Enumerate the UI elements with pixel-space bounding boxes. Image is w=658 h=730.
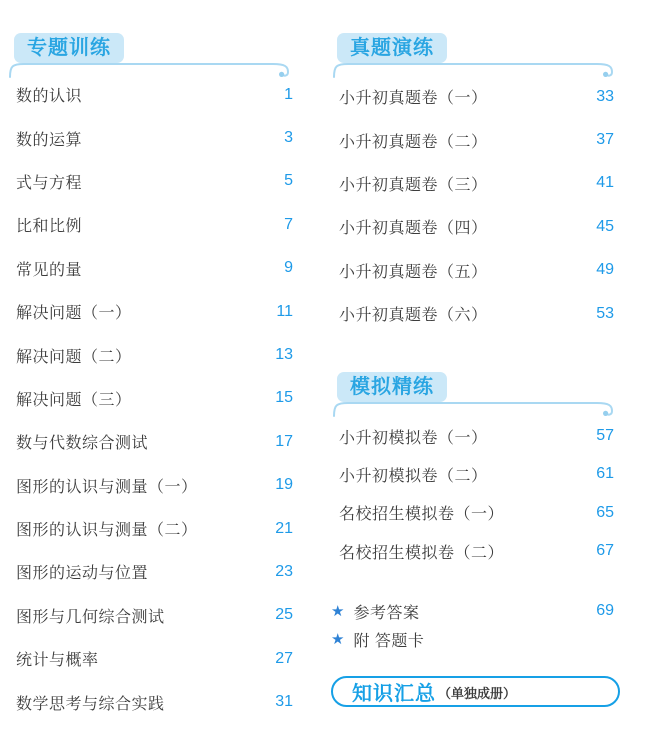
toc-entry: 比和比例 7 [14,203,293,246]
toc-entry-label: 小升初真题卷（四） [337,215,488,238]
toc-entry-page: 31 [275,693,293,711]
section-topic-training: 专题训练 数的认识 1 数的运算 3 式与方程 5 [14,33,293,724]
toc-entry: 名校招生模拟卷（一） 65 [337,494,614,532]
toc-entry-label: 图形与几何综合测试 [14,604,165,627]
toc-entry: 数学思考与综合实践 31 [14,680,293,723]
toc-entry: 小升初真题卷（三） 41 [337,162,614,205]
section-tab-topic-training: 专题训练 [14,33,124,63]
toc-entry: 小升初真题卷（六） 53 [337,292,614,335]
starred-entry-label: 参考答案 [353,600,419,623]
toc-entry-label: 小升初真题卷（一） [337,85,488,108]
toc-list-mock-practice: 小升初模拟卷（一） 57 小升初模拟卷（二） 61 名校招生模拟卷（一） 65 … [337,417,614,570]
toc-entry-label: 数与代数综合测试 [14,430,148,453]
toc-entry-label: 图形的认识与测量（二） [14,517,198,540]
toc-entry: 图形的运动与位置 23 [14,550,293,593]
section-mock-practice: 模拟精练 小升初模拟卷（一） 57 小升初模拟卷（二） 61 名校招生模拟卷（一… [337,372,614,570]
toc-entry-label: 比和比例 [14,213,82,236]
toc-entry-page: 45 [596,218,614,236]
starred-entry-label: 附 答题卡 [353,628,424,651]
toc-entry-page: 67 [596,542,614,560]
toc-entry-page: 17 [275,433,293,451]
toc-entry-page: 57 [596,427,614,445]
toc-entry-label: 统计与概率 [14,647,99,670]
toc-entry-page: 7 [284,216,293,234]
starred-entry-page: 69 [596,602,614,620]
toc-entry-label: 解决问题（三） [14,387,132,410]
toc-entry: 图形的认识与测量（二） 21 [14,507,293,550]
toc-entry-page: 9 [284,259,293,277]
toc-entry: 小升初真题卷（五） 49 [337,249,614,292]
toc-list-topic-training: 数的认识 1 数的运算 3 式与方程 5 比和比例 7 [14,73,293,724]
toc-entry: 小升初真题卷（四） 45 [337,205,614,248]
toc-entry: 解决问题（一） 11 [14,290,293,333]
toc-entry: 统计与概率 27 [14,637,293,680]
toc-entry-label: 小升初真题卷（三） [337,172,488,195]
toc-entry-page: 27 [275,650,293,668]
toc-entry-page: 11 [276,303,293,321]
toc-entry-page: 25 [275,606,293,624]
toc-entry-page: 41 [596,174,614,192]
toc-entry-label: 小升初模拟卷（二） [337,463,488,486]
toc-entry-page: 3 [284,129,293,147]
toc-entry: 小升初真题卷（一） 33 [337,75,614,118]
toc-entry-label: 图形的运动与位置 [14,560,148,583]
toc-entry-page: 33 [596,88,614,106]
toc-entry-label: 小升初真题卷（五） [337,259,488,282]
toc-entry-page: 1 [284,86,293,104]
toc-entry-label: 名校招生模拟卷（二） [337,540,504,563]
toc-entry: 数的认识 1 [14,73,293,116]
pill-note: （单独成册） [438,681,516,702]
toc-entry-page: 49 [596,261,614,279]
toc-entry-page: 61 [596,465,614,483]
starred-extras-list: ★ 参考答案 69 ★ 附 答题卡 [331,597,614,653]
toc-entry-page: 37 [596,131,614,149]
toc-entry-label: 解决问题（二） [14,344,132,367]
section-tab-real-exam-practice: 真题演练 [337,33,447,63]
toc-entry: 解决问题（三） 15 [14,377,293,420]
swoosh-dot-icon [603,411,608,416]
section-real-exam-practice: 真题演练 小升初真题卷（一） 33 小升初真题卷（二） 37 小升初真题卷（三） [337,33,614,335]
toc-entry: 数与代数综合测试 17 [14,420,293,463]
pill-title: 知识汇总 [352,677,436,706]
toc-entry-page: 21 [275,520,293,538]
star-icon: ★ [331,604,344,619]
starred-entry: ★ 附 答题卡 [331,625,614,653]
toc-entry-label: 数学思考与综合实践 [14,691,165,714]
toc-entry: 式与方程 5 [14,160,293,203]
toc-entry-label: 图形的认识与测量（一） [14,474,198,497]
toc-entry-page: 19 [275,476,293,494]
toc-entry: 解决问题（二） 13 [14,333,293,376]
knowledge-summary-pill: 知识汇总 （单独成册） [331,676,620,707]
toc-entry: 名校招生模拟卷（二） 67 [337,532,614,570]
toc-entry-label: 常见的量 [14,257,82,280]
toc-entry-label: 解决问题（一） [14,300,132,323]
toc-entry-page: 5 [284,172,293,190]
toc-entry-label: 名校招生模拟卷（一） [337,501,504,524]
toc-entry-label: 数的运算 [14,127,82,150]
toc-entry: 图形与几何综合测试 25 [14,594,293,637]
toc-entry-label: 数的认识 [14,83,82,106]
toc-page: 专题训练 数的认识 1 数的运算 3 式与方程 5 [0,0,658,730]
toc-entry-label: 小升初真题卷（二） [337,129,488,152]
toc-entry: 常见的量 9 [14,247,293,290]
toc-entry-label: 小升初模拟卷（一） [337,425,488,448]
toc-entry: 小升初模拟卷（一） 57 [337,417,614,455]
toc-entry-page: 65 [596,504,614,522]
section-tab-mock-practice: 模拟精练 [337,372,447,402]
toc-list-real-exam-practice: 小升初真题卷（一） 33 小升初真题卷（二） 37 小升初真题卷（三） 41 小… [337,75,614,335]
toc-entry: 数的运算 3 [14,116,293,159]
toc-entry: 小升初真题卷（二） 37 [337,118,614,161]
toc-entry-label: 式与方程 [14,170,82,193]
toc-entry-label: 小升初真题卷（六） [337,302,488,325]
star-icon: ★ [331,632,344,647]
starred-entry: ★ 参考答案 69 [331,597,614,625]
toc-entry: 图形的认识与测量（一） 19 [14,464,293,507]
toc-entry-page: 15 [275,389,293,407]
toc-entry-page: 23 [275,563,293,581]
toc-entry-page: 53 [596,305,614,323]
toc-entry: 小升初模拟卷（二） 61 [337,455,614,493]
toc-entry-page: 13 [275,346,293,364]
